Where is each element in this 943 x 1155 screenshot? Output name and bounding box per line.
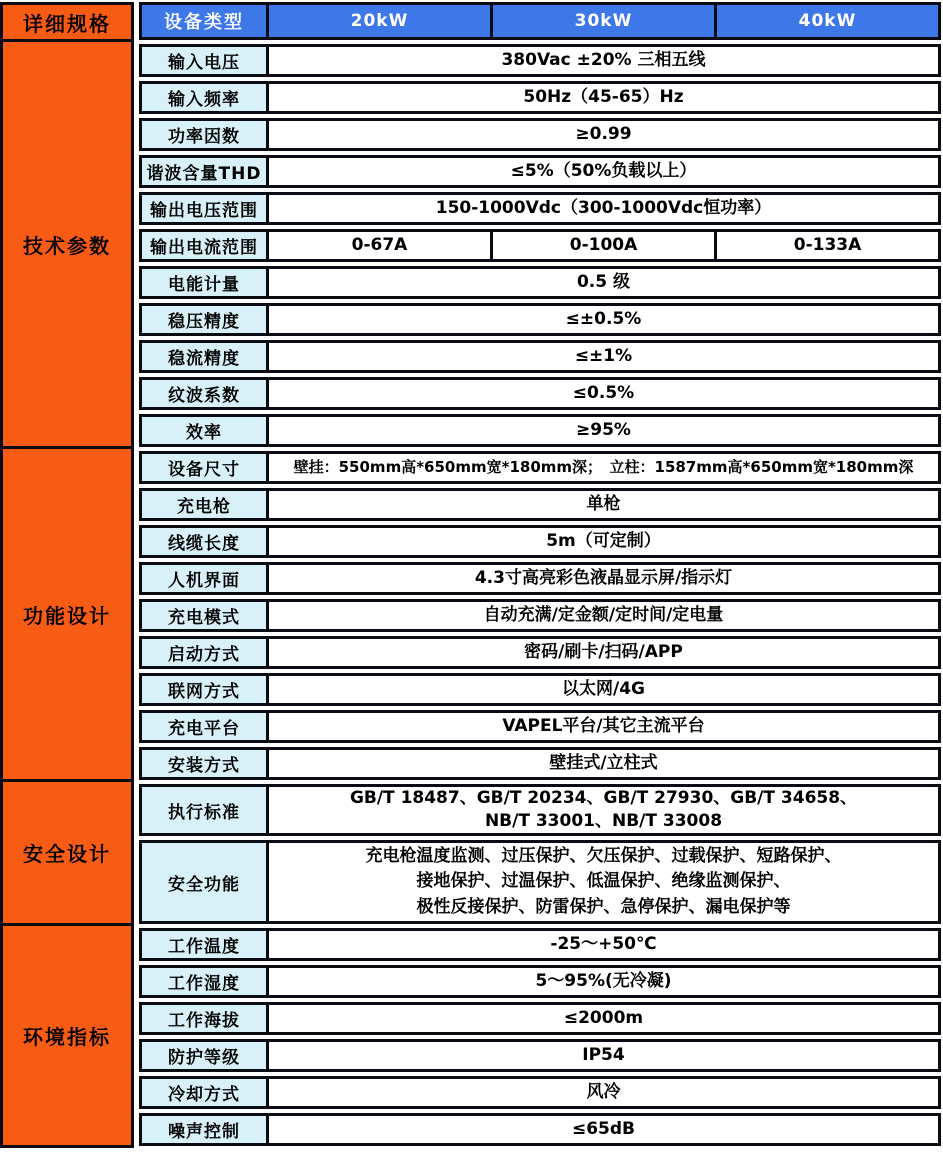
spec-value-cell: GB/T 18487、GB/T 20234、GB/T 27930、GB/T 34… [269,787,938,833]
spec-value-cell: IP54 [269,1042,938,1069]
spec-row: 稳压精度≤±0.5% [139,303,941,336]
spec-value-cell: 密码/刷卡/扫码/APP [269,639,938,666]
spec-row: 执行标准GB/T 18487、GB/T 20234、GB/T 27930、GB/… [139,784,941,836]
table-header-row: 设备类型20kW30kW40kW [139,2,941,40]
spec-label-cell: 启动方式 [142,639,269,666]
spec-row: 安装方式壁挂式/立柱式 [139,747,941,780]
spec-row: 谐波含量THD≤5%（50%负载以上） [139,155,941,188]
category-section: 功能设计 [0,449,134,782]
spec-value-cell: 0.5 级 [269,269,938,296]
spec-row: 充电平台VAPEL平台/其它主流平台 [139,710,941,743]
spec-value-cell: ≤0.5% [269,380,938,407]
spec-label-cell: 工作湿度 [142,968,269,995]
spec-row: 输入电压380Vac ±20% 三相五线 [139,44,941,77]
spec-value-cell: ≥95% [269,417,938,444]
spec-row: 电能计量0.5 级 [139,266,941,299]
spec-label-cell: 输出电压范围 [142,195,269,222]
spec-label-cell: 安全功能 [142,843,269,921]
spec-row: 工作海拔≤2000m [139,1002,941,1035]
spec-label-cell: 功率因数 [142,121,269,148]
spec-rows: 设备类型20kW30kW40kW输入电压380Vac ±20% 三相五线输入频率… [139,2,941,1146]
spec-label-cell: 设备尺寸 [142,454,269,481]
spec-row: 线缆长度5m（可定制） [139,525,941,558]
spec-value-cell: ≤65dB [269,1116,938,1143]
spec-value-cell: 0-67A [269,232,490,259]
spec-row: 噪声控制≤65dB [139,1113,941,1146]
column-header: 30kW [490,5,714,37]
spec-row: 输入频率50Hz（45-65）Hz [139,81,941,114]
category-section: 安全设计 [0,782,134,926]
spec-value-cell: 150-1000Vdc（300-1000Vdc恒功率） [269,195,938,222]
spec-value-cell: -25～+50℃ [269,931,938,958]
spec-label-cell: 工作海拔 [142,1005,269,1032]
spec-label-cell: 人机界面 [142,565,269,592]
spec-value-cell: 50Hz（45-65）Hz [269,84,938,111]
spec-label-cell: 输入频率 [142,84,269,111]
spec-value-cell: 壁挂：550mm高*650mm宽*180mm深； 立柱：1587mm高*650m… [269,454,938,481]
spec-label-cell: 工作温度 [142,931,269,958]
spec-label-cell: 纹波系数 [142,380,269,407]
spec-label-cell: 联网方式 [142,676,269,703]
spec-row: 工作湿度5～95%(无冷凝) [139,965,941,998]
spec-label-cell: 防护等级 [142,1042,269,1069]
spec-label-cell: 电能计量 [142,269,269,296]
spec-row: 防护等级IP54 [139,1039,941,1072]
spec-label-cell: 冷却方式 [142,1079,269,1106]
category-title: 详细规格 [23,8,111,37]
spec-row: 冷却方式风冷 [139,1076,941,1109]
spec-label-cell: 充电模式 [142,602,269,629]
spec-value-cell: 5m（可定制） [269,528,938,555]
spec-row: 功率因数≥0.99 [139,118,941,151]
category-title: 环境指标 [23,1021,111,1050]
device-type-header: 设备类型 [142,5,269,37]
spec-label-cell: 谐波含量THD [142,158,269,185]
spec-label-cell: 输出电流范围 [142,232,269,259]
spec-row: 充电模式自动充满/定金额/定时间/定电量 [139,599,941,632]
spec-row: 充电枪单枪 [139,488,941,521]
spec-value-cell: 单枪 [269,491,938,518]
spec-value-cell: 4.3寸高亮彩色液晶显示屏/指示灯 [269,565,938,592]
spec-label-cell: 安装方式 [142,750,269,777]
spec-value-cell: 0-133A [714,232,938,259]
spec-value-cell: VAPEL平台/其它主流平台 [269,713,938,740]
spec-value-cell: ≤2000m [269,1005,938,1032]
spec-row: 效率≥95% [139,414,941,447]
spec-label-cell: 效率 [142,417,269,444]
spec-row: 输出电压范围150-1000Vdc（300-1000Vdc恒功率） [139,192,941,225]
spec-row: 工作温度-25～+50℃ [139,928,941,961]
spec-value-cell: 380Vac ±20% 三相五线 [269,47,938,74]
category-section: 技术参数 [0,42,134,449]
spec-value-cell: 5～95%(无冷凝) [269,968,938,995]
spec-value-cell: 壁挂式/立柱式 [269,750,938,777]
spec-value-cell: ≤5%（50%负载以上） [269,158,938,185]
spec-value-cell: ≤±1% [269,343,938,370]
spec-label-cell: 执行标准 [142,787,269,833]
spec-row: 联网方式以太网/4G [139,673,941,706]
column-header: 40kW [714,5,938,37]
spec-row: 设备尺寸壁挂：550mm高*650mm宽*180mm深； 立柱：1587mm高*… [139,451,941,484]
spec-row: 安全功能充电枪温度监测、过压保护、欠压保护、过载保护、短路保护、 接地保护、过温… [139,840,941,924]
spec-label-cell: 输入电压 [142,47,269,74]
category-section: 环境指标 [0,926,134,1148]
spec-value-cell: 自动充满/定金额/定时间/定电量 [269,602,938,629]
spec-value-cell: 风冷 [269,1079,938,1106]
spec-row: 输出电流范围0-67A0-100A0-133A [139,229,941,262]
category-title: 安全设计 [23,838,111,867]
category-title: 技术参数 [23,230,111,259]
category-rail: 详细规格技术参数功能设计安全设计环境指标 [0,2,134,1148]
spec-row: 启动方式密码/刷卡/扫码/APP [139,636,941,669]
spec-row: 纹波系数≤0.5% [139,377,941,410]
spec-value-cell: 充电枪温度监测、过压保护、欠压保护、过载保护、短路保护、 接地保护、过温保护、低… [269,843,938,921]
spec-row: 稳流精度≤±1% [139,340,941,373]
spec-label-cell: 线缆长度 [142,528,269,555]
spec-value-cell: ≥0.99 [269,121,938,148]
category-title: 功能设计 [23,600,111,629]
spec-label-cell: 稳压精度 [142,306,269,333]
spec-label-cell: 充电枪 [142,491,269,518]
spec-value-cell: 0-100A [490,232,714,259]
spec-label-cell: 充电平台 [142,713,269,740]
spec-row: 人机界面4.3寸高亮彩色液晶显示屏/指示灯 [139,562,941,595]
spec-value-cell: 以太网/4G [269,676,938,703]
spec-label-cell: 噪声控制 [142,1116,269,1143]
spec-label-cell: 稳流精度 [142,343,269,370]
category-section: 详细规格 [0,2,134,42]
spec-sheet: 详细规格技术参数功能设计安全设计环境指标 设备类型20kW30kW40kW输入电… [0,0,943,1155]
spec-value-cell: ≤±0.5% [269,306,938,333]
column-header: 20kW [269,5,490,37]
